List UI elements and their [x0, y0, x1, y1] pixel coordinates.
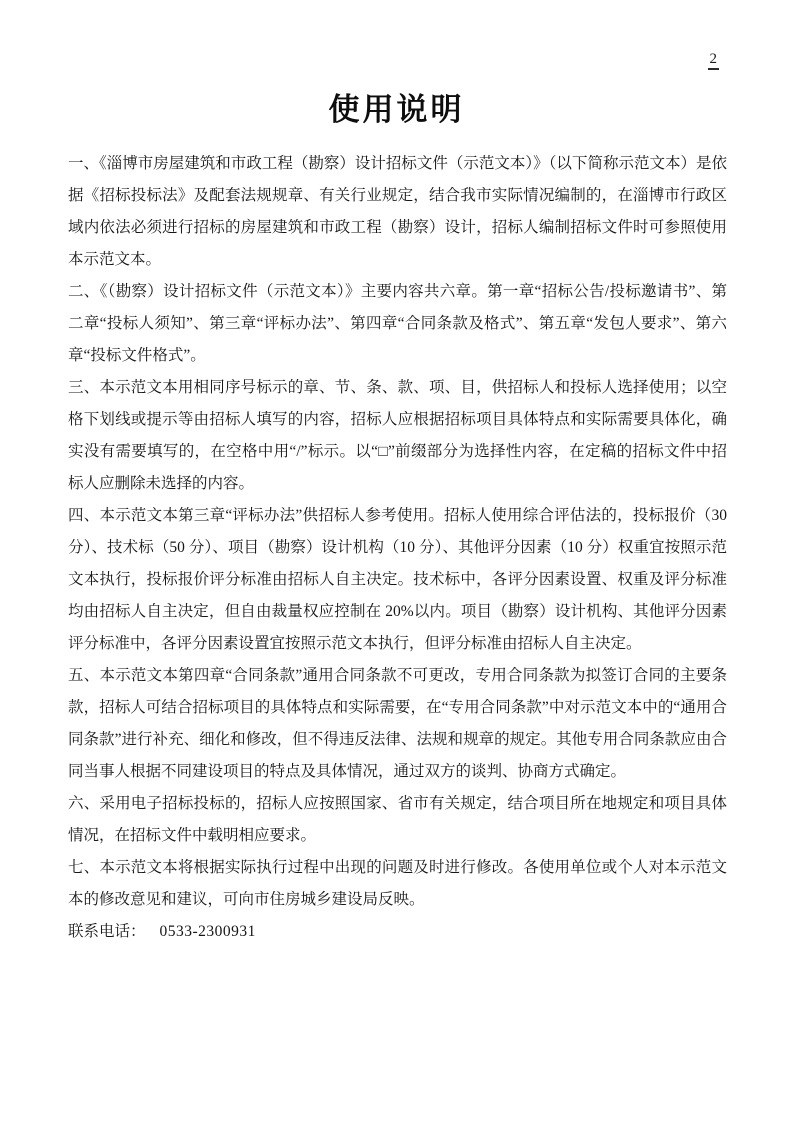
contact-line: 联系电话：0533-2300931 [68, 916, 727, 948]
page-header: 2 [0, 0, 793, 76]
document-page: 2 使用说明 一、《淄博市房屋建筑和市政工程（勘察）设计招标文件（示范文本）》（… [0, 0, 793, 1122]
paragraph-7: 七、本示范文本将根据实际执行过程中出现的问题及时进行修改。各使用单位或个人对本示… [68, 852, 727, 916]
contact-label: 联系电话： [68, 923, 146, 940]
paragraph-1: 一、《淄博市房屋建筑和市政工程（勘察）设计招标文件（示范文本）》（以下简称示范文… [68, 148, 727, 276]
document-body: 一、《淄博市房屋建筑和市政工程（勘察）设计招标文件（示范文本）》（以下简称示范文… [0, 130, 793, 948]
paragraph-3: 三、本示范文本用相同序号标示的章、节、条、款、项、目，供招标人和投标人选择使用；… [68, 372, 727, 500]
page-number: 2 [708, 50, 720, 70]
paragraph-4: 四、本示范文本第三章“评标办法”供招标人参考使用。招标人使用综合评估法的，投标报… [68, 500, 727, 660]
paragraph-5: 五、本示范文本第四章“合同条款”通用合同条款不可更改，专用合同条款为拟签订合同的… [68, 660, 727, 788]
contact-phone: 0533-2300931 [160, 923, 256, 940]
paragraph-6: 六、采用电子招标投标的，招标人应按照国家、省市有关规定，结合项目所在地规定和项目… [68, 788, 727, 852]
paragraph-2: 二、《（勘察）设计招标文件（示范文本）》主要内容共六章。第一章“招标公告/投标邀… [68, 276, 727, 372]
page-title: 使用说明 [0, 90, 793, 130]
